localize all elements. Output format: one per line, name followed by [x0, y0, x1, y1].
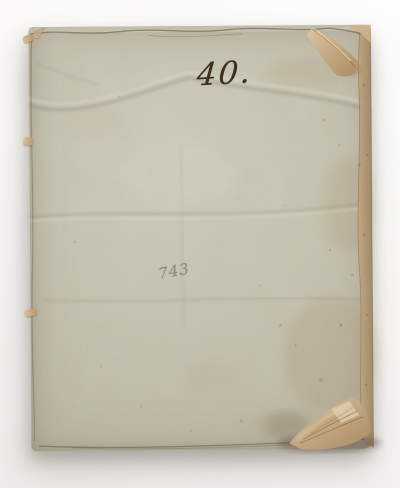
- book-cover: 40. 743: [29, 25, 374, 451]
- stitch-tuft: [23, 137, 34, 146]
- ink-inscription: 40.: [195, 54, 253, 94]
- photo-backdrop: 40. 743: [0, 0, 400, 488]
